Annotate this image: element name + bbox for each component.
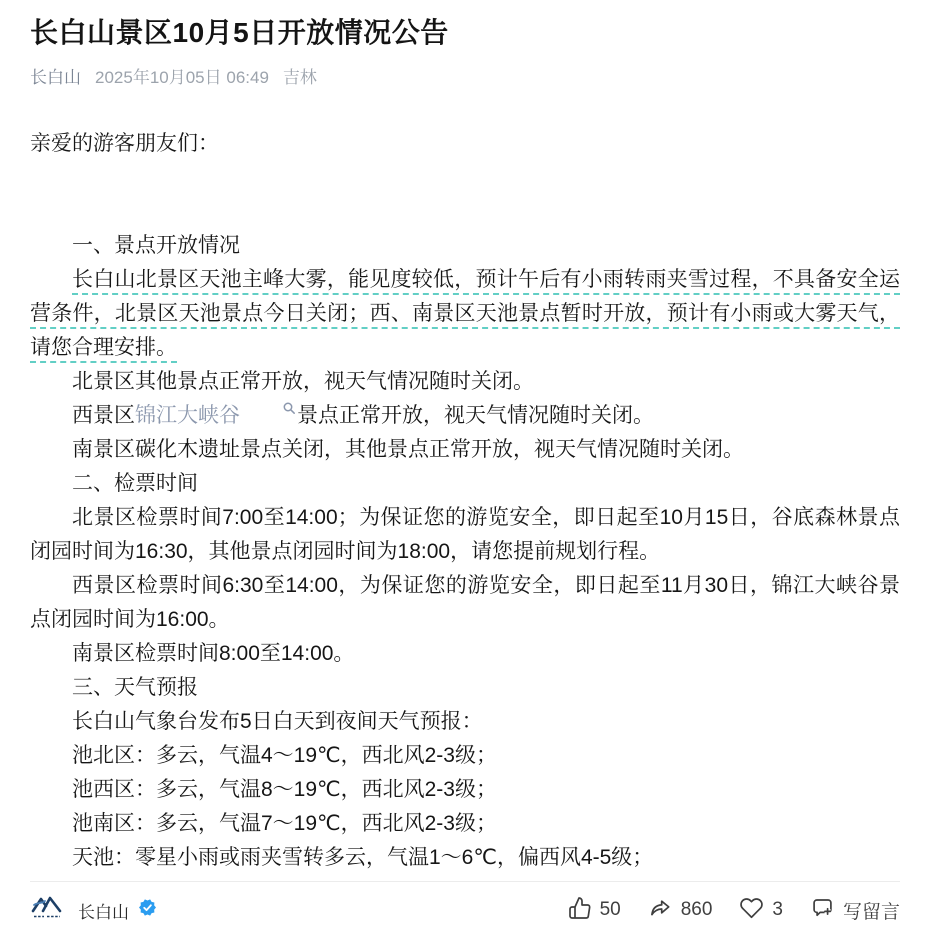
share-arrow-icon	[648, 896, 673, 925]
article-body: 亲爱的游客朋友们： 一、景点开放情况 长白山北景区天池主峰大雾，能见度较低，预计…	[30, 127, 900, 875]
section1-heading: 一、景点开放情况	[30, 229, 900, 263]
thumbs-up-icon	[568, 896, 592, 925]
section1-west-paragraph: 西景区锦江大峡谷景点正常开放，视天气情况随时关闭。	[30, 399, 900, 433]
forecast-line: 池北区：多云，气温4～19℃，西北风2-3级；	[30, 739, 900, 773]
section2-south-paragraph: 南景区检票时间8:00至14:00。	[30, 637, 900, 671]
like-count: 50	[600, 899, 621, 921]
section2-north-paragraph: 北景区检票时间7:00至14:00；为保证您的游览安全，即日起至10月15日，谷…	[30, 501, 900, 569]
canyon-link[interactable]: 锦江大峡谷	[135, 404, 240, 427]
article-page: 长白山景区10月5日开放情况公告 长白山 2025年10月05日 06:49 吉…	[0, 0, 930, 935]
write-comment-button[interactable]: 写留言	[810, 896, 900, 925]
forecast-line: 池西区：多云，气温8～19℃，西北风2-3级；	[30, 773, 900, 807]
greeting: 亲爱的游客朋友们：	[30, 127, 900, 161]
section1-north-paragraph: 北景区其他景点正常开放，视天气情况随时关闭。	[30, 365, 900, 399]
comment-plus-icon	[810, 896, 835, 925]
author-link[interactable]: 长白山	[30, 67, 81, 89]
forecast-line: 天池：零星小雨或雨夹雪转多云，气温1～6℃，偏西风4-5级；	[30, 841, 900, 875]
underlined-alert-text: 长白山北景区天池主峰大雾，能见度较低，预计午后有小雨转雨夹雪过程，不具备安全运营…	[30, 268, 900, 359]
footer-bar: 长白山 50 860	[30, 882, 900, 935]
forecast-line: 池南区：多云，气温7～19℃，西北风2-3级；	[30, 807, 900, 841]
share-button[interactable]: 860	[648, 896, 713, 925]
verified-badge-icon	[139, 899, 156, 921]
article-title: 长白山景区10月5日开放情况公告	[30, 14, 900, 52]
heart-button[interactable]: 3	[739, 896, 783, 925]
like-button[interactable]: 50	[568, 896, 621, 925]
search-icon[interactable]	[241, 402, 296, 415]
heart-count: 3	[772, 899, 783, 921]
west-suffix: 景点正常开放，视天气情况随时关闭。	[297, 404, 654, 427]
byline: 长白山 2025年10月05日 06:49 吉林	[30, 67, 900, 89]
share-count: 860	[681, 899, 713, 921]
write-comment-label: 写留言	[843, 897, 900, 924]
publish-location: 吉林	[283, 67, 317, 89]
publish-datetime: 2025年10月05日 06:49	[95, 67, 269, 89]
spacer	[30, 161, 900, 229]
action-bar: 50 860 3	[568, 896, 900, 925]
west-prefix: 西景区	[72, 404, 135, 427]
mountain-logo-icon	[30, 892, 68, 929]
section2-west-paragraph: 西景区检票时间6:30至14:00，为保证您的游览安全，即日起至11月30日，锦…	[30, 569, 900, 637]
heart-icon	[739, 896, 764, 925]
account-entry[interactable]: 长白山	[30, 892, 156, 929]
account-name[interactable]: 长白山	[78, 898, 129, 923]
section1-south-paragraph: 南景区碳化木遗址景点关闭，其他景点正常开放，视天气情况随时关闭。	[30, 433, 900, 467]
section1-alert-paragraph: 长白山北景区天池主峰大雾，能见度较低，预计午后有小雨转雨夹雪过程，不具备安全运营…	[30, 263, 900, 365]
section3-intro: 长白山气象台发布5日白天到夜间天气预报：	[30, 705, 900, 739]
section2-heading: 二、检票时间	[30, 467, 900, 501]
section3-heading: 三、天气预报	[30, 671, 900, 705]
